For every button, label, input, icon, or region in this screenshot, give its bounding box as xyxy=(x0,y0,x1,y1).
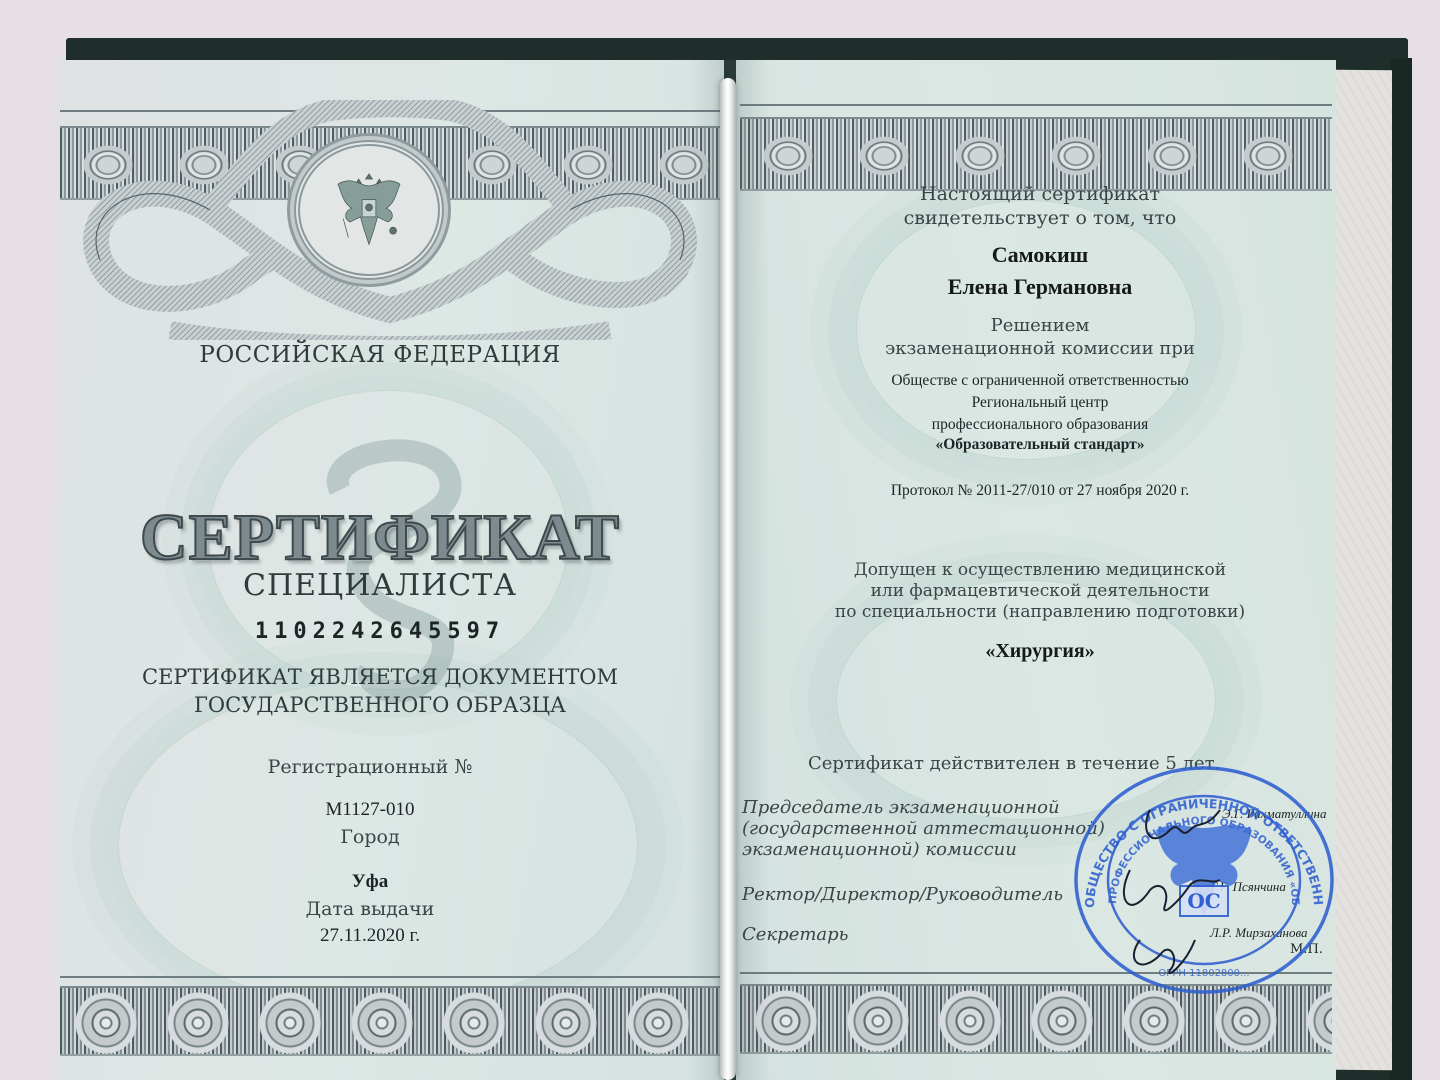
chair-label-line2: (государственной аттестационной) xyxy=(742,818,1105,839)
secretary-name: Л.Р. Мирзаханова xyxy=(1210,925,1308,941)
bottom-rule xyxy=(60,976,720,978)
serial-number: 1102242645597 xyxy=(100,619,660,644)
issue-date-value: 27.11.2020 г. xyxy=(200,925,540,947)
page-flap xyxy=(1336,70,1392,1070)
registration-label: Регистрационный № xyxy=(200,756,540,778)
issue-date-label: Дата выдачи xyxy=(200,898,540,920)
admitted-line2: или фармацевтической деятельности xyxy=(740,581,1340,602)
organization-text: Обществе с ограниченной ответственностью… xyxy=(740,370,1340,436)
country-name: РОССИЙСКАЯ ФЕДЕРАЦИЯ xyxy=(100,342,660,368)
admission-text: Допущен к осуществлению медицинской или … xyxy=(740,560,1340,623)
city-label: Город xyxy=(200,826,540,848)
bottom-rule xyxy=(740,972,1332,974)
decision-text: Решением экзаменационной комиссии при xyxy=(740,314,1340,360)
intro-text: Настоящий сертификат свидетельствует о т… xyxy=(740,182,1340,230)
holder-surname: Самокиш xyxy=(740,242,1340,268)
registration-number: М1127-010 xyxy=(200,799,540,821)
secretary-label: Секретарь xyxy=(742,924,848,945)
ornamental-band xyxy=(740,117,1332,191)
chair-label: Председатель экзаменационной (государств… xyxy=(742,797,1105,860)
state-notice-line2: ГОСУДАРСТВЕННОГО ОБРАЗЦА xyxy=(100,691,660,719)
ornamental-band xyxy=(60,986,720,1056)
chair-label-line1: Председатель экзаменационной xyxy=(742,797,1105,818)
certificate-subtitle: СПЕЦИАЛИСТА xyxy=(100,568,660,603)
organization-line2: Региональный центр xyxy=(740,392,1340,414)
seal-mark: М.П. xyxy=(1290,942,1323,957)
top-rule xyxy=(740,104,1332,106)
organization-line1: Обществе с ограниченной ответственностью xyxy=(740,370,1340,392)
city-value: Уфа xyxy=(200,871,540,893)
spine-cord xyxy=(720,78,736,1080)
organization-name: «Образовательный стандарт» xyxy=(740,436,1340,454)
admitted-line3: по специальности (направлению подготовки… xyxy=(740,602,1340,623)
intro-line1: Настоящий сертификат xyxy=(740,182,1340,206)
rector-name: Г.Г. Псянчина xyxy=(1210,879,1286,895)
intro-line2: свидетельствует о том, что xyxy=(740,206,1340,230)
cover-edge xyxy=(1390,58,1412,1080)
certificate-title: СЕРТИФИКАТ xyxy=(100,500,660,576)
state-notice-line1: СЕРТИФИКАТ ЯВЛЯЕТСЯ ДОКУМЕНТОМ xyxy=(100,663,660,691)
chair-name: Э.Г. Рахматуллина xyxy=(1222,806,1326,822)
specialty: «Хирургия» xyxy=(740,640,1340,663)
protocol-number: Протокол № 2011-27/010 от 27 ноября 2020… xyxy=(740,482,1340,500)
decision-line2: экзаменационной комиссии при xyxy=(740,337,1340,360)
chair-label-line3: экзаменационной) комиссии xyxy=(742,839,1105,860)
state-document-notice: СЕРТИФИКАТ ЯВЛЯЕТСЯ ДОКУМЕНТОМ ГОСУДАРСТ… xyxy=(100,663,660,719)
russian-coat-of-arms-icon xyxy=(326,160,412,260)
emblem-medallion xyxy=(294,140,444,280)
holder-given-names: Елена Германовна xyxy=(740,274,1340,300)
admitted-line1: Допущен к осуществлению медицинской xyxy=(740,560,1340,581)
ornamental-band xyxy=(740,984,1332,1054)
validity-text: Сертификат действителен в течение 5 лет. xyxy=(808,753,1220,774)
organization-line3: профессионального образования xyxy=(740,414,1340,436)
rector-label: Ректор/Директор/Руководитель xyxy=(742,884,1063,905)
decision-line1: Решением xyxy=(740,314,1340,337)
